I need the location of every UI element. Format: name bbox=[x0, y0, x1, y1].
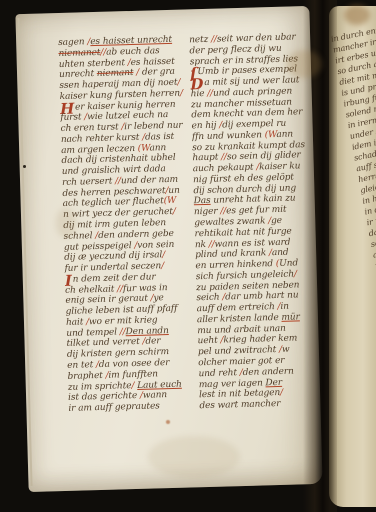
page-edge bbox=[17, 18, 32, 486]
facing-page-edge: in durch entmancher irwirt erbes undso d… bbox=[329, 6, 376, 507]
manuscript-line: des wart mancher bbox=[199, 398, 322, 412]
text-column-right: netz //seit war den ubarder perg flecz d… bbox=[189, 32, 323, 427]
manuscript-photo: sagen /es haisset unrechtniemanet//ab eu… bbox=[0, 0, 376, 512]
manuscript-page: sagen /es haisset unrechtniemanet//ab eu… bbox=[15, 6, 322, 492]
facing-page-text: in durch entmancher irwirt erbes undso d… bbox=[330, 17, 376, 412]
text-column-left: sagen /es haisset unrechtniemanet//ab eu… bbox=[58, 34, 207, 430]
